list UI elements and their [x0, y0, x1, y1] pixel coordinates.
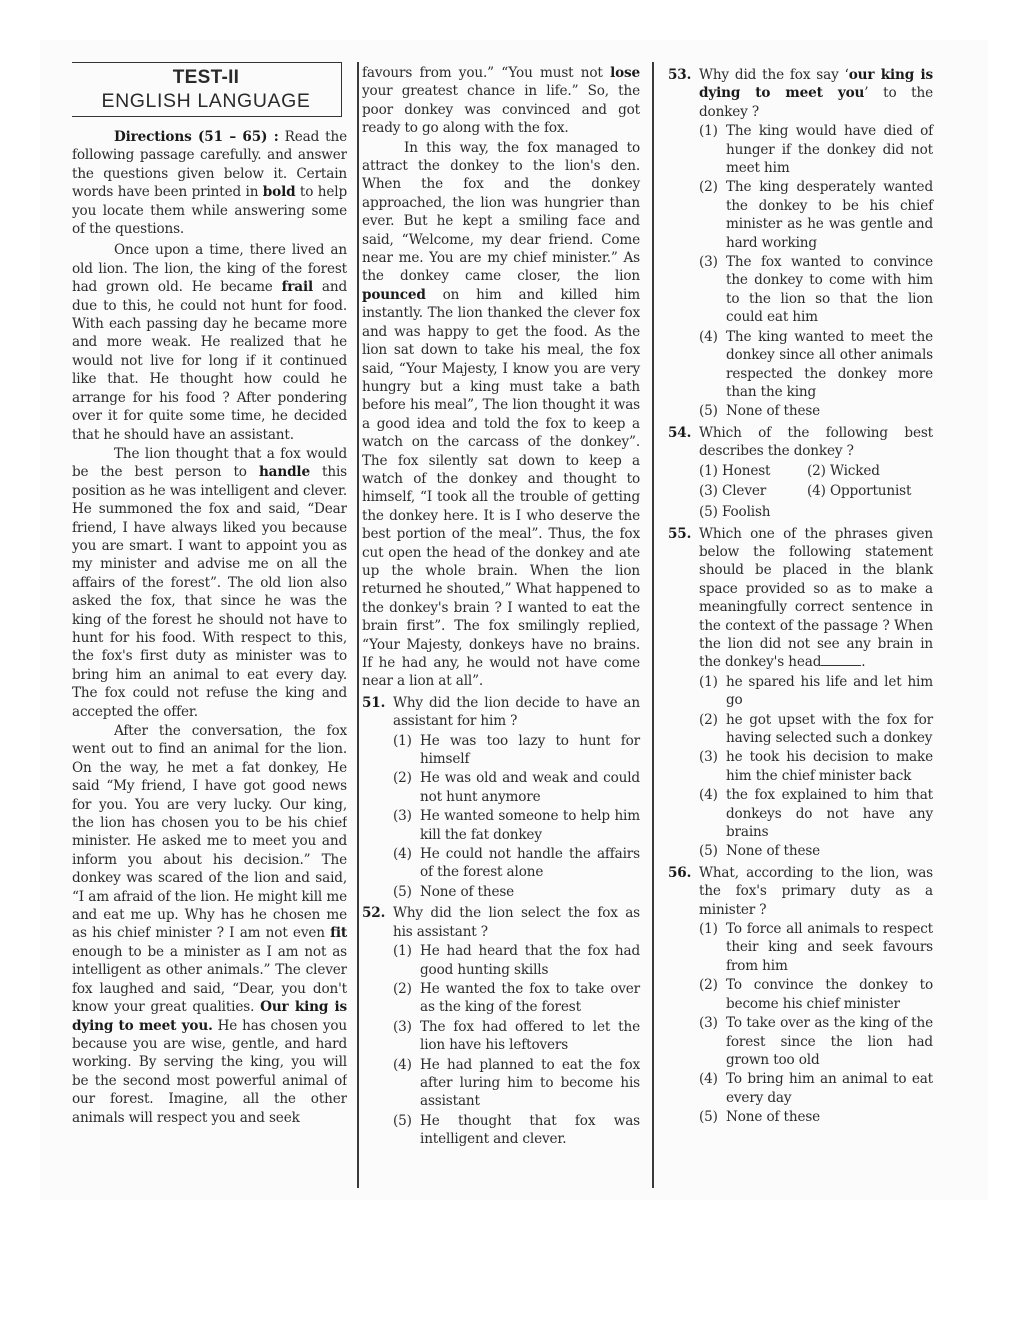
- question-52: 52.Why did the lion select the fox as hi…: [362, 904, 640, 1148]
- passage-paragraph-3-continued: favours from you.” “You must not lose yo…: [362, 64, 640, 138]
- question-54: 54.Which of the following best describes…: [668, 424, 933, 522]
- option[interactable]: (2)He wanted the fox to take over as the…: [393, 980, 640, 1017]
- question-55: 55.Which one of the phrases given below …: [668, 525, 933, 861]
- column-3: 53.Why did the fox say ‘our king is dyin…: [668, 64, 933, 1127]
- option[interactable]: (4)The king wanted to meet the donkey si…: [699, 328, 933, 402]
- option[interactable]: (5)None of these: [699, 402, 933, 420]
- option[interactable]: (1)The king would have died of hunger if…: [699, 122, 933, 177]
- option[interactable]: (3)He wanted someone to help him kill th…: [393, 807, 640, 844]
- column-divider: [652, 62, 654, 1188]
- option[interactable]: (4)He had planned to eat the fox after l…: [393, 1056, 640, 1111]
- column-1: TEST-II ENGLISH LANGUAGE Directions (51 …: [72, 62, 347, 1188]
- passage-paragraph-1: Once upon a time, there lived an old lio…: [72, 241, 347, 443]
- option[interactable]: (3)The fox had offered to let the lion h…: [393, 1018, 640, 1055]
- option[interactable]: (3) Clever: [699, 482, 807, 500]
- option[interactable]: (5)He thought that fox was intelligent a…: [393, 1112, 640, 1149]
- option[interactable]: (2)He was old and weak and could not hun…: [393, 769, 640, 806]
- question-56: 56.What, according to the lion, was the …: [668, 864, 933, 1127]
- test-label: TEST-II: [72, 67, 341, 89]
- option[interactable]: (4)He could not handle the affairs of th…: [393, 845, 640, 882]
- blank-line: [821, 653, 861, 666]
- section-title: ENGLISH LANGUAGE: [72, 89, 341, 113]
- directions-label: Directions (51 – 65) :: [114, 129, 279, 145]
- option[interactable]: (4)the fox explained to him that donkeys…: [699, 786, 933, 841]
- column-divider: [357, 62, 359, 1188]
- directions: Directions (51 – 65) : Read the followin…: [72, 128, 347, 238]
- option[interactable]: (4)To bring him an animal to eat every d…: [699, 1070, 933, 1107]
- option[interactable]: (1)To force all animals to respect their…: [699, 920, 933, 975]
- option[interactable]: (5)None of these: [699, 1108, 933, 1126]
- option[interactable]: (4) Opportunist: [807, 482, 933, 500]
- option[interactable]: (2) Wicked: [807, 462, 933, 480]
- option[interactable]: (5)None of these: [393, 883, 640, 901]
- option-grid: (1) Honest (2) Wicked (3) Clever (4) Opp…: [699, 462, 933, 522]
- option[interactable]: (2)The king desperately wanted the donke…: [699, 178, 933, 252]
- option[interactable]: (1)he spared his life and let him go: [699, 673, 933, 710]
- section-title-box: TEST-II ENGLISH LANGUAGE: [72, 62, 342, 117]
- bold-word-handle: handle: [259, 464, 310, 480]
- option[interactable]: (5)None of these: [699, 842, 933, 860]
- passage-paragraph-3-tail: favours from you.” “You must not lose yo…: [362, 64, 640, 138]
- option[interactable]: (5) Foolish: [699, 503, 807, 521]
- question-53: 53.Why did the fox say ‘our king is dyin…: [668, 66, 933, 421]
- passage-paragraph-4: In this way, the fox managed to attract …: [362, 139, 640, 691]
- passage-paragraph-2: The lion thought that a fox would be the…: [72, 445, 347, 721]
- option[interactable]: (1)He had heard that the fox had good hu…: [393, 942, 640, 979]
- question-51: 51.Why did the lion decide to have an as…: [362, 694, 640, 901]
- bold-word-fit: fit: [330, 925, 347, 941]
- option[interactable]: (3)To take over as the king of the fores…: [699, 1014, 933, 1069]
- option[interactable]: (1) Honest: [699, 462, 807, 480]
- option[interactable]: (3)The fox wanted to convince the donkey…: [699, 253, 933, 327]
- option[interactable]: (2)he got upset with the fox for having …: [699, 711, 933, 748]
- bold-word-frail: frail: [282, 279, 313, 295]
- option[interactable]: (3)he took his decision to make him the …: [699, 748, 933, 785]
- option[interactable]: (1)He was too lazy to hunt for himself: [393, 732, 640, 769]
- option[interactable]: (2)To convince the donkey to become his …: [699, 976, 933, 1013]
- passage-paragraph-3: After the conversation, the fox went out…: [72, 722, 347, 1127]
- bold-word-pounced: pounced: [362, 287, 426, 303]
- column-2: favours from you.” “You must not lose yo…: [362, 64, 640, 1149]
